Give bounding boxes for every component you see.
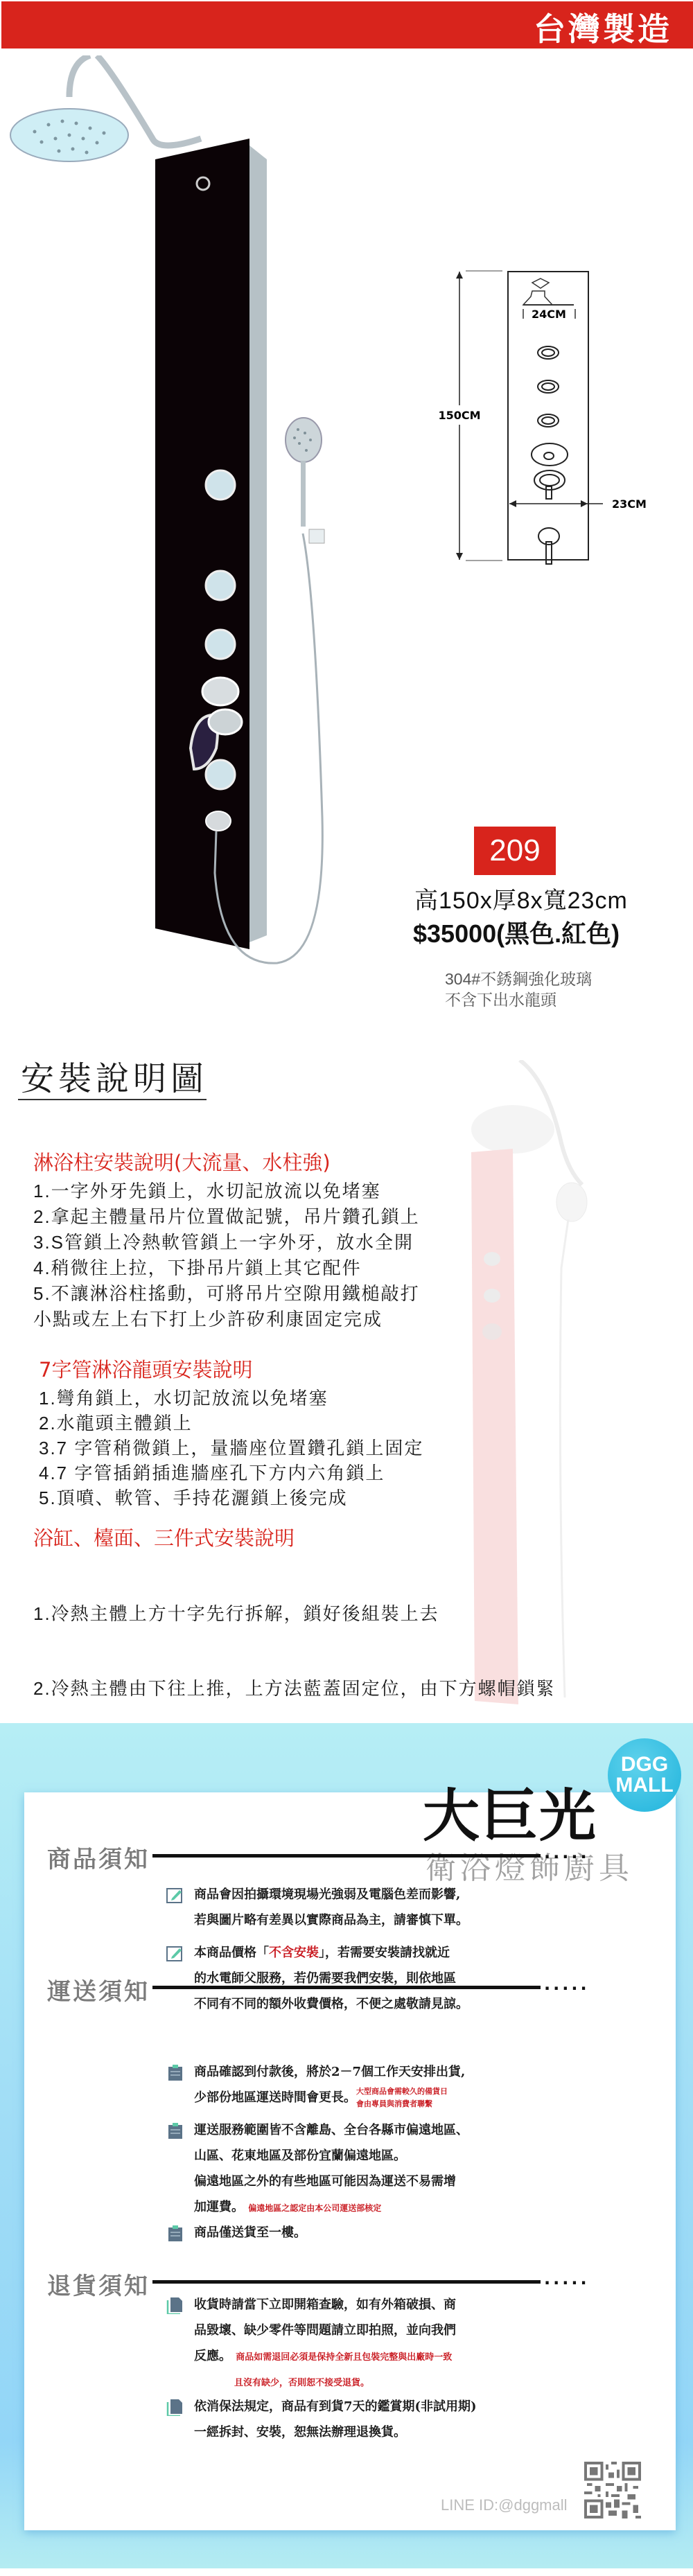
- edit-icon: [166, 1886, 184, 1904]
- product-notice-heading: 商品須知: [47, 1840, 150, 1874]
- notice-item: 本商品價格「不含安裝」，若需要安裝請找就近 的水電師父服務，若仍需要我們安裝，則…: [166, 1940, 541, 2017]
- notice-line: 若與圖片略有差異以實際商品為主，請審慎下單。: [194, 1907, 541, 1933]
- step: 5.不讓淋浴柱搖動，可將吊片空隙用鐵槌敲打: [33, 1281, 420, 1307]
- notice-text: 運送服務範圍皆不含離島、全台各縣市偏遠地區、 山區、花東地區及部份宜蘭偏遠地區。…: [166, 2117, 541, 2221]
- panel-width-label: 23CM: [612, 497, 647, 511]
- notice-text: 收貨時請當下立即開箱查驗，如有外箱破損、商 品毀壞、缺少零件等問題請立即拍照，並…: [166, 2292, 541, 2396]
- badge-line-2: MALL: [615, 1775, 673, 1796]
- step: 1.一字外牙先鎖上，水切記放流以免堵塞: [33, 1179, 420, 1204]
- notice-line: 本商品價格「不含安裝」，若需要安裝請找就近: [194, 1940, 541, 1966]
- step: 5.頂噴、軟管、手持花灑鎖上後完成: [39, 1485, 423, 1510]
- badge-line-1: DGG: [621, 1754, 668, 1775]
- product-material-note: 304#不銹鋼強化玻璃: [445, 969, 592, 989]
- install-section-shower-column: 淋浴柱安裝說明(大流量、水柱強) 1.一字外牙先鎖上，水切記放流以免堵塞 2.拿…: [33, 1147, 420, 1332]
- notice-text-pre: 本商品價格「: [194, 1946, 269, 1960]
- edit-icon: [166, 1944, 184, 1962]
- notice-line-text: 加運費。: [194, 2200, 244, 2214]
- clipboard-icon: [166, 2224, 184, 2242]
- notice-line: 運送服務範圍皆不含離島、全台各縣市偏遠地區、: [194, 2117, 541, 2143]
- notice-item: 依消保法規定，商品有到貨7天的鑑賞期(非試用期) 一經拆封、安裝，恕無法辦理退換…: [166, 2394, 541, 2445]
- section-steps: 1.一字外牙先鎖上，水切記放流以免堵塞 2.拿起主體量吊片位置做記號，吊片鑽孔鎖…: [33, 1179, 420, 1332]
- step: 2.拿起主體量吊片位置做記號，吊片鑽孔鎖上: [33, 1204, 420, 1230]
- notice-line: 品毀壞、缺少零件等問題請立即拍照，並向我們: [194, 2318, 541, 2343]
- notice-line-text: 反應。: [194, 2349, 231, 2363]
- product-exclusion-note: 不含下出水龍頭: [445, 989, 592, 1010]
- notice-line: 加運費。 偏遠地區之認定由本公司運送部核定: [194, 2194, 541, 2221]
- section-steps: 1.彎角鎖上，水切記放流以免堵塞 2.水龍頭主體鎖上 3.7 字管稍微鎖上，量牆…: [39, 1386, 423, 1510]
- notice-line: 商品確認到付款後，將於2－7個工作天安排出貨,: [194, 2059, 541, 2085]
- shipping-notice-rule: [152, 1986, 541, 1989]
- no-installation-highlight: 不含安裝: [269, 1946, 319, 1960]
- product-dimensions: 高150x厚8x寬23cm: [414, 881, 628, 915]
- product-photo: [0, 55, 402, 1039]
- step: 1.冷熱主體上方十字先行拆解，鎖好後組裝上去: [33, 1601, 556, 1626]
- dgg-mall-logo: DGG MALL: [608, 1738, 681, 1812]
- notice-line: 收貨時請當下立即開箱查驗，如有外箱破損、商: [194, 2292, 541, 2318]
- product-notice-dots: .....: [544, 1843, 590, 1862]
- notice-line: 偏遠地區之外的有些地區可能因為運送不易需增: [194, 2169, 541, 2194]
- step: 2.水龍頭主體鎖上: [39, 1411, 423, 1436]
- shipping-notice-heading: 運送須知: [47, 1973, 150, 2006]
- section-title: 浴缸、檯面、三件式安裝說明: [33, 1523, 556, 1551]
- returns-notice-heading: 退貨須知: [47, 2267, 150, 2301]
- install-guide-title: 安裝說明圖: [21, 1052, 208, 1100]
- document-icon: [166, 2398, 184, 2416]
- notice-line: 依消保法規定，商品有到貨7天的鑑賞期(非試用期): [194, 2394, 541, 2419]
- banner-title: 台灣製造: [534, 4, 672, 50]
- notice-line: 商品會因拍攝環境現場光強弱及電腦色差而影響,: [194, 1882, 541, 1907]
- notice-line: 不同有不同的額外收費價格，不便之處敬請見諒。: [194, 1991, 541, 2017]
- qr-code[interactable]: [584, 2462, 641, 2518]
- return-condition-note: 商品如需退回必須是保持全新且包裝完整與出廠時一致: [236, 2352, 452, 2363]
- product-notice-rule: [152, 1854, 541, 1858]
- install-title-underline: [18, 1099, 207, 1100]
- line-id: LINE ID:@dggmall: [441, 2496, 568, 2514]
- dimension-diagram: 24CM 150CM 23CM: [402, 263, 693, 582]
- notice-item: 運送服務範圍皆不含離島、全台各縣市偏遠地區、 山區、花東地區及部份宜蘭偏遠地區。…: [166, 2117, 541, 2221]
- notice-line-text: 少部份地區運送時間會更長。: [194, 2090, 356, 2105]
- notice-text-post: 」，若需要安裝請找就近: [319, 1946, 450, 1960]
- document-icon: [166, 2296, 184, 2314]
- clipboard-icon: [166, 2063, 184, 2081]
- step: 3.7 字管稍微鎖上，量牆座位置鑽孔鎖上固定: [39, 1436, 423, 1461]
- notice-line: 反應。 商品如需退回必須是保持全新且包裝完整與出廠時一致: [194, 2343, 541, 2370]
- notice-text: 依消保法規定，商品有到貨7天的鑑賞期(非試用期) 一經拆封、安裝，恕無法辦理退換…: [166, 2394, 541, 2445]
- returns-notice-dots: .....: [544, 2269, 590, 2288]
- brand-name: 大巨光: [423, 1771, 597, 1852]
- model-number-badge: 209: [474, 827, 556, 875]
- large-item-note: 大型商品會需較久的備貨日會由專員與消費者聯繫: [356, 2085, 448, 2110]
- product-notes: 304#不銹鋼強化玻璃 不含下出水龍頭: [445, 969, 592, 1010]
- notice-item: 商品確認到付款後，將於2－7個工作天安排出貨, 少部份地區運送時間會更長。大型商…: [166, 2059, 541, 2110]
- product-price: $35000(黑色.紅色): [413, 915, 620, 950]
- step: 4.稍微往上拉，下掛吊片鎖上其它配件: [33, 1255, 420, 1281]
- step: 4.7 字管插銷插進牆座孔下方内六角鎖上: [39, 1461, 423, 1485]
- shipping-notice-dots: .....: [544, 1975, 590, 1994]
- notice-line: 少部份地區運送時間會更長。大型商品會需較久的備貨日會由專員與消費者聯繫: [194, 2085, 541, 2110]
- note-line: 大型商品會需較久的備貨日: [356, 2085, 448, 2098]
- return-condition-note: 且沒有缺少，否則恕不接受退貨。: [194, 2370, 541, 2396]
- top-width-label: 24CM: [532, 308, 566, 321]
- height-label: 150CM: [438, 409, 480, 422]
- section-title: 7字管淋浴龍頭安裝說明: [39, 1355, 423, 1383]
- install-section-7-pipe: 7字管淋浴龍頭安裝說明 1.彎角鎖上，水切記放流以免堵塞 2.水龍頭主體鎖上 3…: [39, 1355, 423, 1510]
- remote-area-note: 偏遠地區之認定由本公司運送部核定: [248, 2203, 381, 2213]
- notice-line: 商品僅送貨至一樓。: [194, 2220, 541, 2246]
- notice-line: 山區、花東地區及部份宜蘭偏遠地區。: [194, 2143, 541, 2169]
- returns-notice-rule: [152, 2280, 541, 2284]
- notice-text: 商品確認到付款後，將於2－7個工作天安排出貨, 少部份地區運送時間會更長。大型商…: [166, 2059, 541, 2110]
- notice-item: 商品會因拍攝環境現場光強弱及電腦色差而影響, 若與圖片略有差異以實際商品為主，請…: [166, 1882, 541, 1933]
- notice-text: 商品僅送貨至一樓。: [166, 2220, 541, 2246]
- notice-text: 商品會因拍攝環境現場光強弱及電腦色差而影響, 若與圖片略有差異以實際商品為主，請…: [166, 1882, 541, 1933]
- step: 小點或左上右下打上少許矽利康固定完成: [33, 1307, 420, 1332]
- step: 1.彎角鎖上，水切記放流以免堵塞: [39, 1386, 423, 1411]
- clipboard-icon: [166, 2121, 184, 2140]
- step: 2.冷熱主體由下往上推，上方法藍蓋固定位，由下方螺帽鎖緊: [33, 1676, 556, 1701]
- notice-item: 收貨時請當下立即開箱查驗，如有外箱破損、商 品毀壞、缺少零件等問題請立即拍照，並…: [166, 2292, 541, 2396]
- section-title: 淋浴柱安裝說明(大流量、水柱強): [33, 1147, 420, 1176]
- note-line: 會由專員與消費者聯繫: [356, 2098, 448, 2110]
- brand-subtitle: 衛浴燈飾廚具: [426, 1843, 633, 1887]
- notice-text: 本商品價格「不含安裝」，若需要安裝請找就近 的水電師父服務，若仍需要我們安裝，則…: [166, 1940, 541, 2017]
- notice-item: 商品僅送貨至一樓。: [166, 2220, 541, 2246]
- notice-line: 一經拆封、安裝，恕無法辦理退換貨。: [194, 2419, 541, 2445]
- step: 3.S管鎖上冷熱軟管鎖上一字外牙，放水全開: [33, 1230, 420, 1255]
